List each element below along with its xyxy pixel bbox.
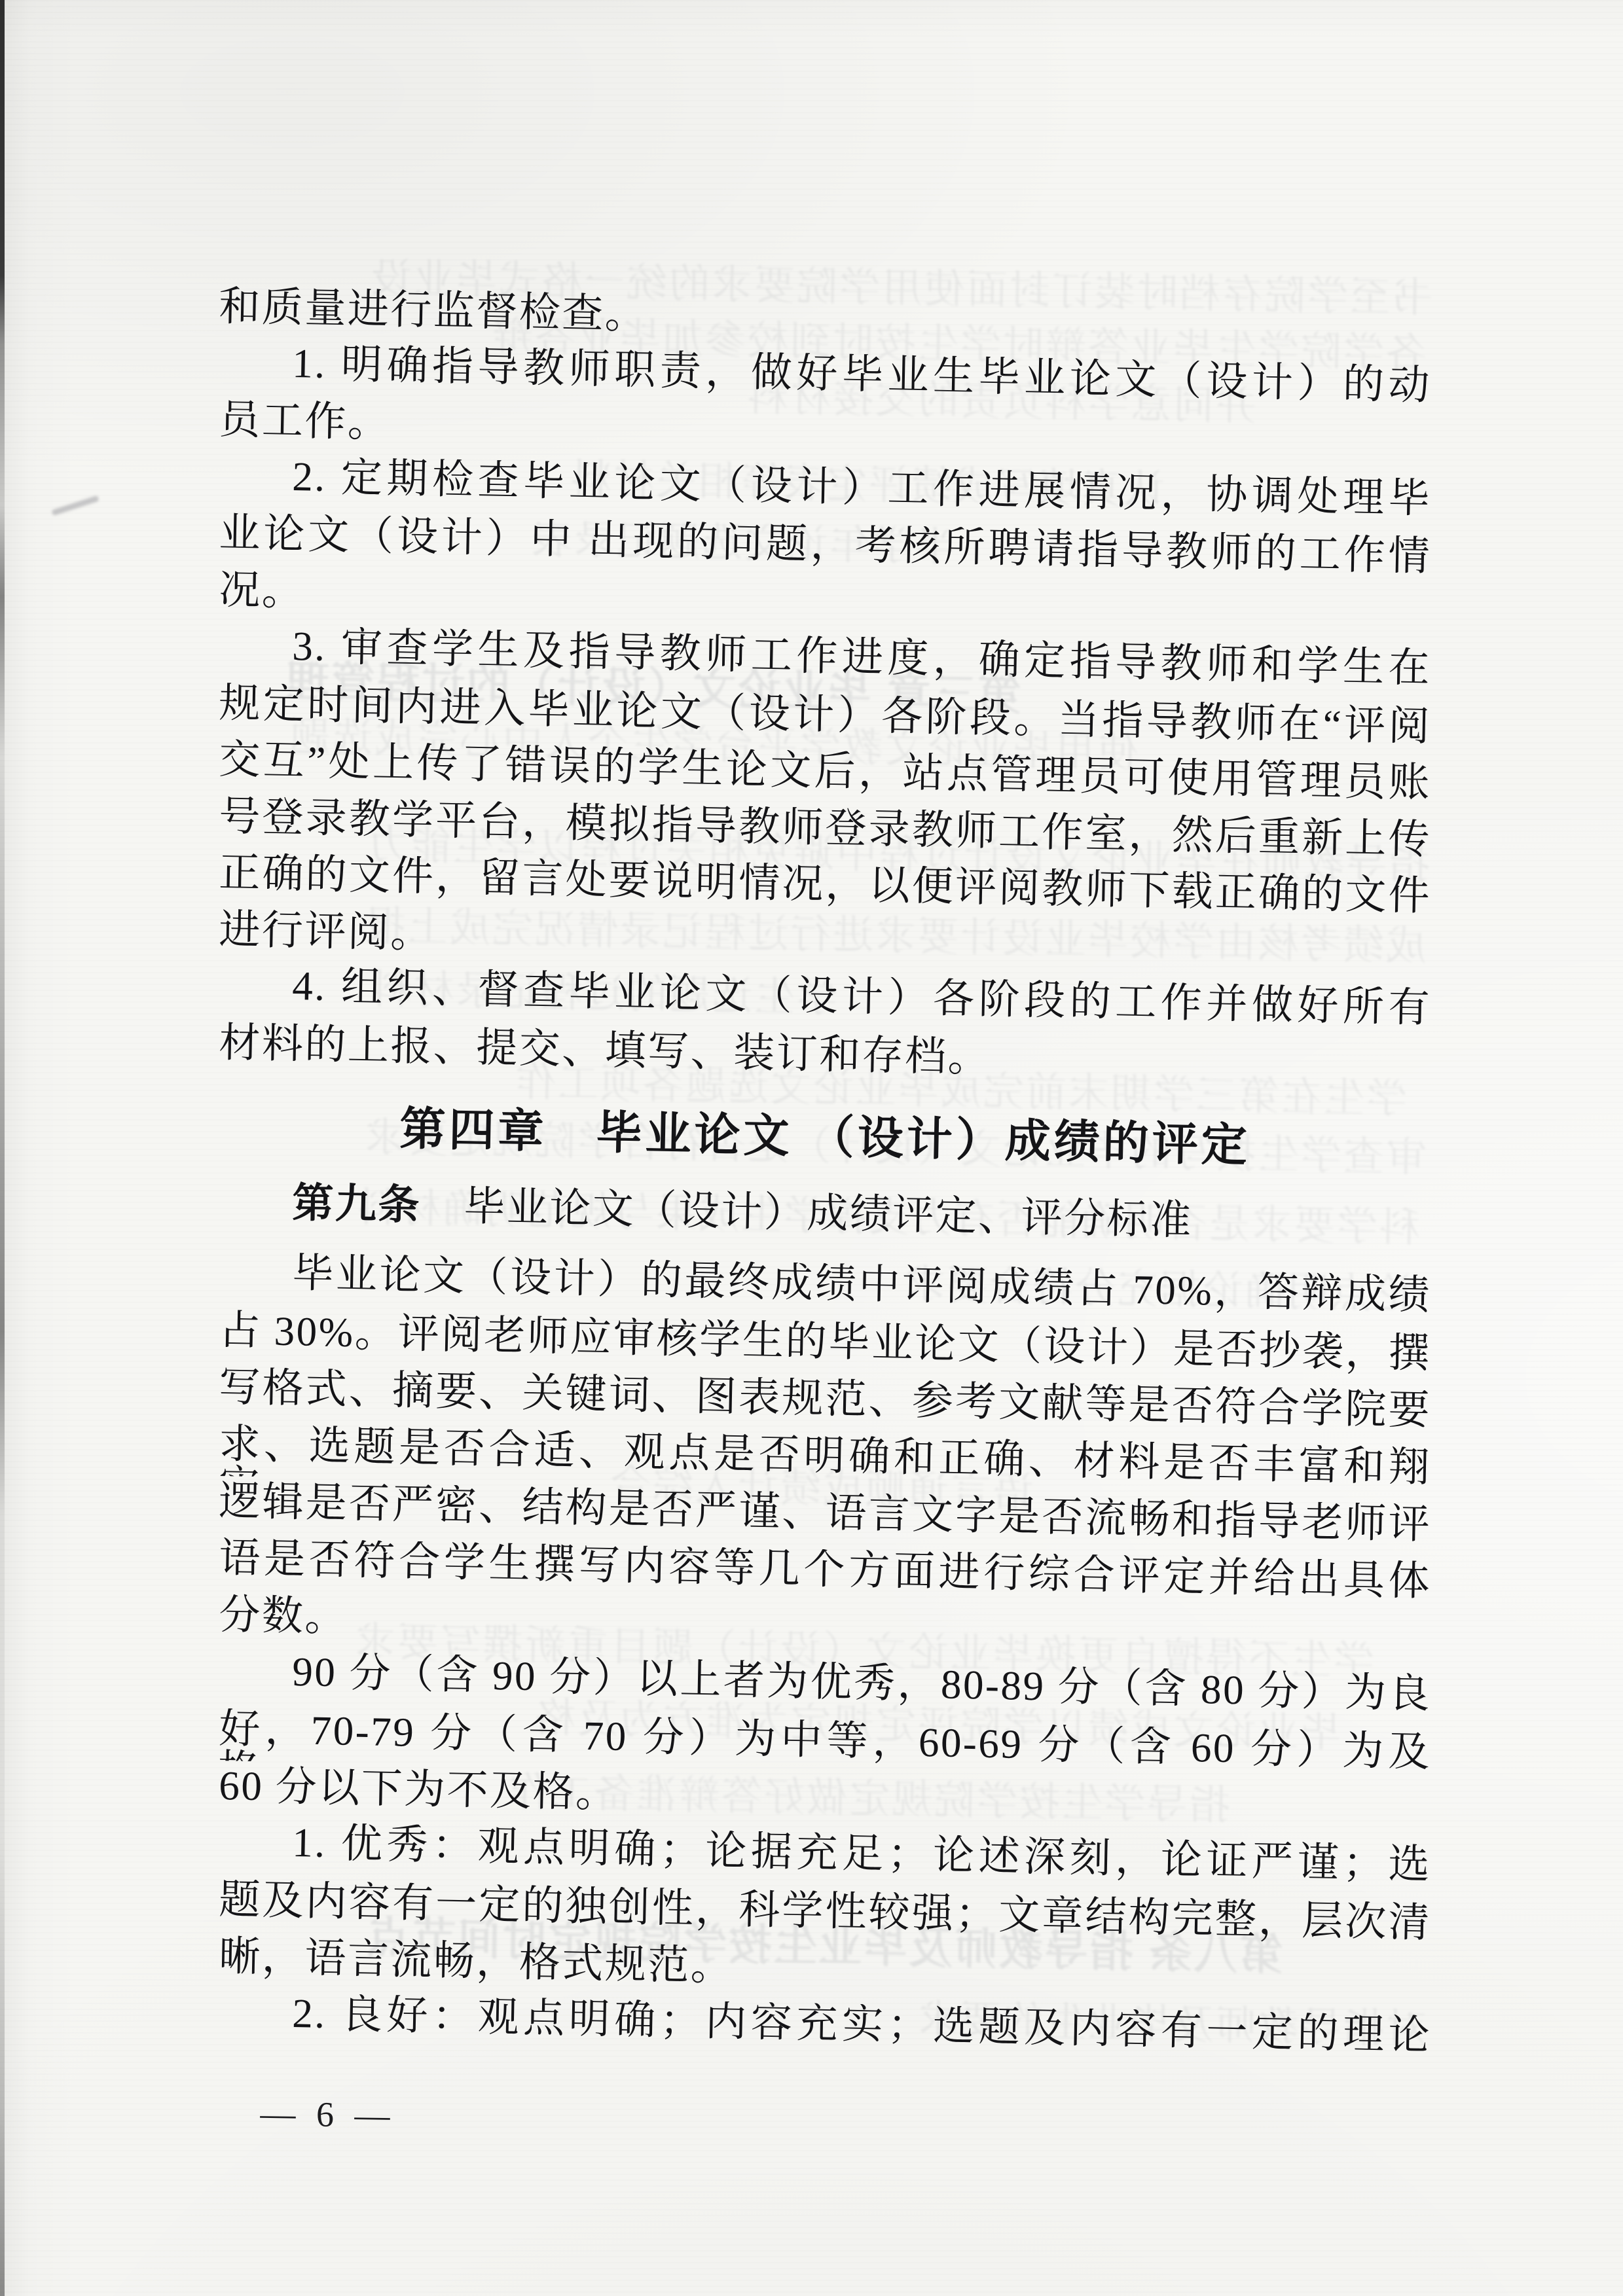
text-line: 60 分以下为不及格。 bbox=[219, 1765, 619, 1814]
text-line: 第九条 毕业论文（设计）成绩评定、评分标准 bbox=[292, 1183, 1193, 1242]
text-line: 进行评阅。 bbox=[219, 909, 434, 954]
text-line: 分数。 bbox=[219, 1594, 348, 1638]
document-text-layer: 和质量进行监督检查。1. 明确指导教师职责，做好毕业生毕业论文（设计）的动员工作… bbox=[0, 0, 1623, 2296]
text-line: 2. 良好：观点明确；内容充实；选题及内容有一定的理论 bbox=[291, 1993, 1431, 2068]
article-number-label: 第九条 bbox=[292, 1180, 422, 1229]
text-line: 1. 明确指导教师职责，做好毕业生毕业论文（设计）的动 bbox=[291, 343, 1431, 418]
text-line: 材料的上报、提交、填写、装订和存档。 bbox=[219, 1022, 991, 1079]
page-number: — 6 — bbox=[260, 2093, 396, 2136]
scanned-page: { "page": { "footer_label": "— 6 —", "pa… bbox=[0, 0, 1623, 2296]
article-title-text: 毕业论文（设计）成绩评定、评分标准 bbox=[420, 1183, 1193, 1244]
text-line: 员工作。 bbox=[219, 399, 391, 444]
text-line: 晰，语言流畅，格式规范。 bbox=[219, 1936, 734, 1987]
chapter-heading: 第四章 毕业论文 （设计）成绩的评定 bbox=[219, 1102, 1432, 1172]
text-line: 况。 bbox=[219, 569, 305, 613]
text-line: 和质量进行监督检查。 bbox=[219, 286, 648, 336]
